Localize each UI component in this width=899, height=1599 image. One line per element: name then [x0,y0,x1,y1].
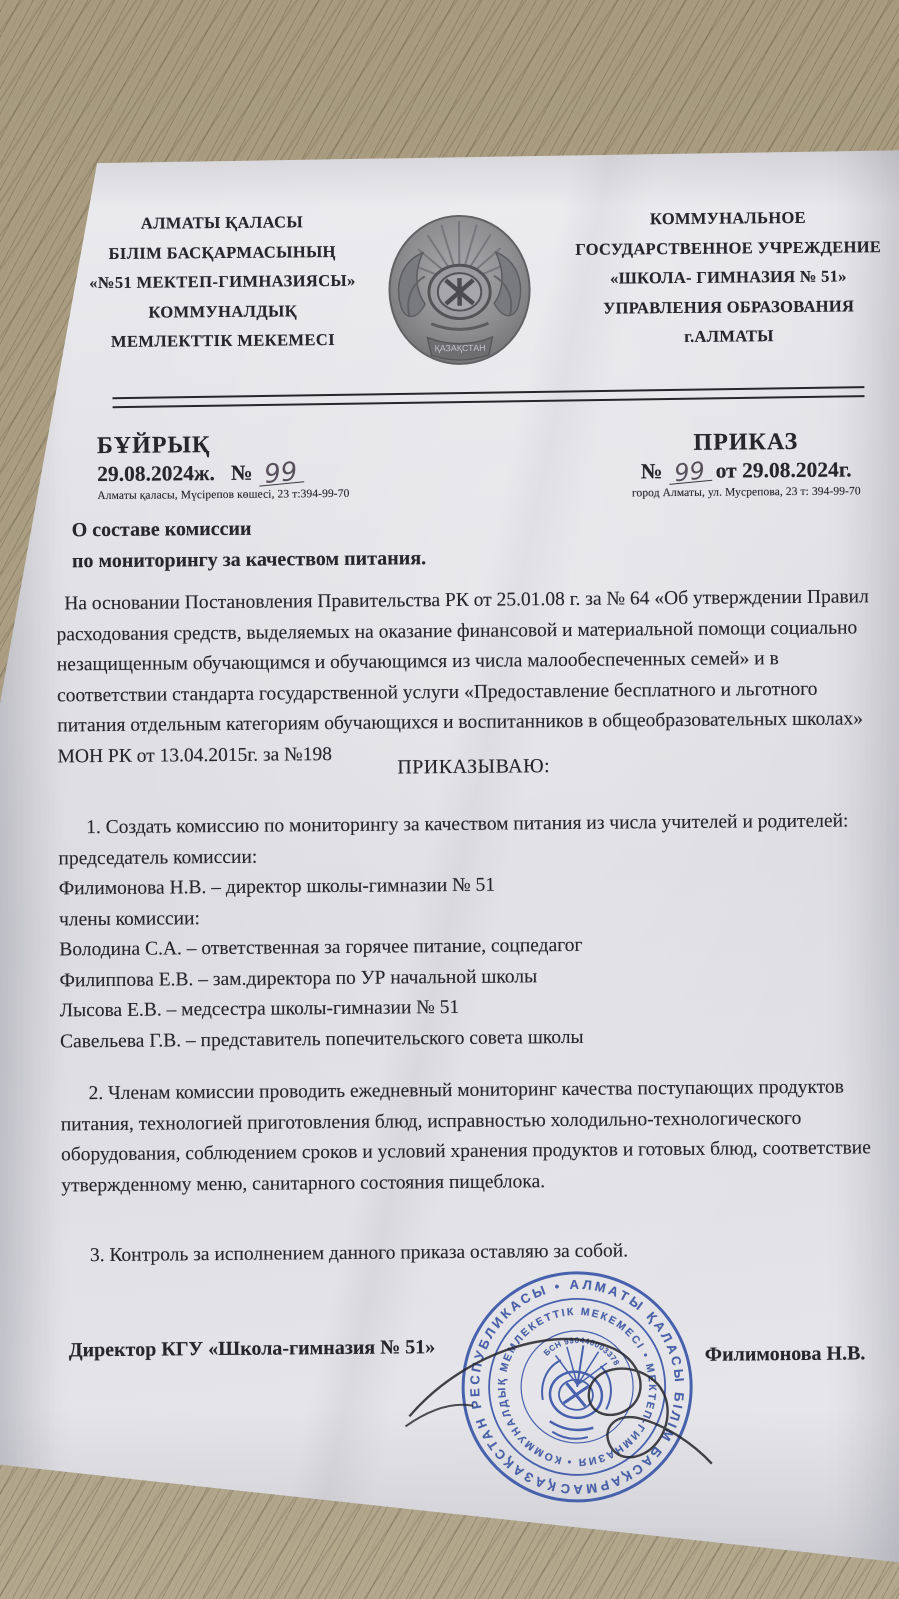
header-left-kazakh: АЛМАТЫ ҚАЛАСЫ БІЛІМ БАСҚАРМАСЫНЫҢ «№51 М… [63,207,382,357]
order-subject: О составе комиссии по мониторингу за кач… [72,512,427,577]
order-block-kazakh: БҰЙРЫҚ 29.08.2024ж. № 99 Алматы қаласы, … [97,430,438,502]
header-right-line: УПРАВЛЕНИЯ ОБРАЗОВАНИЯ [568,291,890,323]
header-left-line: МЕМЛЕКТТІК МЕКЕМЕСІ [64,325,382,357]
header-right-line: «ШКОЛА- ГИМНАЗИЯ № 51» [567,261,889,293]
order-date-number-russian: № 99 от 29.08.2024г. [603,457,889,484]
order-item-1: 1. Создать комиссию по мониторингу за ка… [58,806,894,1057]
order-item-2: 2. Членам комиссии проводить ежедневный … [60,1072,897,1201]
subject-line: по мониторингу за качеством питания. [72,543,426,577]
order-date: 29.08.2024ж. [97,461,215,486]
order-title-kazakh: БҰЙРЫҚ [97,430,437,460]
number-sign: № [231,461,253,485]
header-left-line: БІЛІМ БАСҚАРМАСЫНЫҢ [63,236,381,268]
subject-line: О составе комиссии [72,512,426,546]
header-right-line: г.АЛМАТЫ [568,320,890,352]
number-sign: № [641,459,663,483]
order-date: от 29.08.2024г. [716,457,852,482]
emblem-caption: ҚАЗАҚСТАН [435,343,486,353]
header-right-russian: КОММУНАЛЬНОЕ ГОСУДАРСТВЕННОЕ УЧРЕЖДЕНИЕ … [567,202,890,352]
director-signature-scrawl [402,1296,734,1499]
header-right-line: КОММУНАЛЬНОЕ [567,202,889,234]
header-left-line: КОММУНАЛДЫҚ [64,295,382,327]
header-left-line: АЛМАТЫ ҚАЛАСЫ [63,207,381,239]
document-content: АЛМАТЫ ҚАЛАСЫ БІЛІМ БАСҚАРМАСЫНЫҢ «№51 М… [0,0,899,1599]
director-title: Директор КГУ «Школа-гимназия № 51» [69,1336,436,1362]
header-divider [112,386,864,408]
school-address-russian: город Алматы, ул. Мусрепова, 23 т: 394-9… [603,485,889,499]
handwritten-order-number: 99 [257,461,304,486]
handwritten-order-number: 99 [667,460,711,485]
order-title-russian: ПРИКАЗ [603,428,889,457]
header-left-line: «№51 МЕКТЕП-ГИМНАЗИЯСЫ» [63,266,381,298]
order-block-russian: ПРИКАЗ № 99 от 29.08.2024г. город Алматы… [603,428,890,499]
order-preamble: На основании Постановления Правительства… [56,582,890,772]
header-right-line: ГОСУДАРСТВЕННОЕ УЧРЕЖДЕНИЕ [567,232,889,264]
kazakhstan-state-emblem-icon: ҚАЗАҚСТАН [385,210,534,375]
order-date-number-kazakh: 29.08.2024ж. № 99 [97,459,437,487]
document-paper: АЛМАТЫ ҚАЛАСЫ БІЛІМ БАСҚАРМАСЫНЫҢ «№51 М… [0,0,899,1599]
